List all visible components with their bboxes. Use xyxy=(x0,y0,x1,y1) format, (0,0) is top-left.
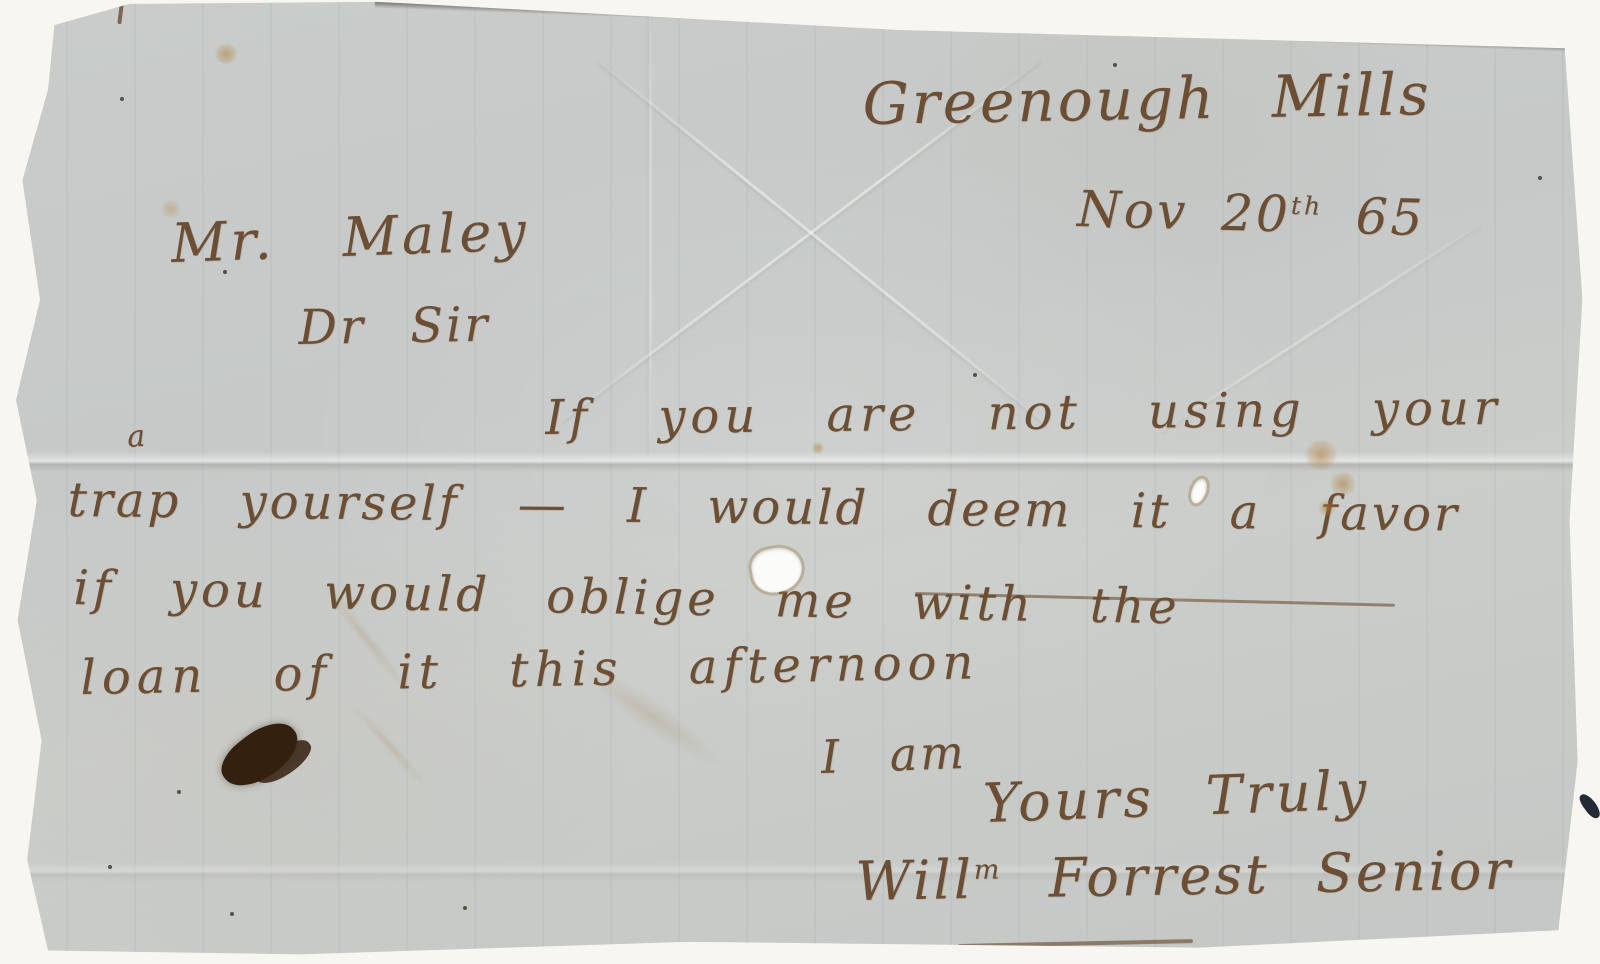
scanned-letter: Greenough Mills Nov 20th 65 Mr. Maley Dr… xyxy=(0,0,1600,964)
closing-line-1: I am xyxy=(820,725,968,784)
rust-stain-1 xyxy=(1304,440,1338,470)
fly-speck-7 xyxy=(230,912,234,916)
rust-stain-3 xyxy=(1318,500,1336,516)
date-superscript: th xyxy=(1291,191,1324,221)
letter-paper: Greenough Mills Nov 20th 65 Mr. Maley Dr… xyxy=(0,0,1600,964)
fly-speck-6 xyxy=(177,790,181,794)
rust-stain-4 xyxy=(214,44,238,64)
inserted-word: a xyxy=(126,419,146,455)
body-line-1: If you are not using your xyxy=(545,380,1502,446)
rust-stain-6 xyxy=(812,442,824,454)
fly-speck-9 xyxy=(120,97,124,101)
rust-stain-2 xyxy=(1330,472,1356,496)
date-year: 65 xyxy=(1355,187,1426,247)
fly-speck-8 xyxy=(463,906,467,910)
fly-speck-2 xyxy=(1113,63,1117,67)
signature-rest: Forrest Senior xyxy=(1002,839,1514,911)
fly-speck-1 xyxy=(838,17,842,21)
fly-speck-4 xyxy=(223,270,227,274)
date-main: Nov 20 xyxy=(1076,180,1291,244)
salutation-recipient: Mr. Maley xyxy=(170,199,531,274)
fly-speck-3 xyxy=(1538,176,1542,180)
edge-ink-speck xyxy=(1577,791,1600,821)
fly-speck-10 xyxy=(973,373,977,377)
signature-prefix: Will xyxy=(855,848,974,913)
signature: Willm Forrest Senior xyxy=(855,839,1514,913)
fly-speck-5 xyxy=(108,865,112,869)
dateline-date: Nov 20th 65 xyxy=(1076,180,1426,247)
salutation-greeting: Dr Sir xyxy=(298,297,491,356)
dateline-place: Greenough Mills xyxy=(862,60,1432,138)
rust-stain-5 xyxy=(160,200,182,218)
signature-superscript: m xyxy=(973,854,1002,885)
